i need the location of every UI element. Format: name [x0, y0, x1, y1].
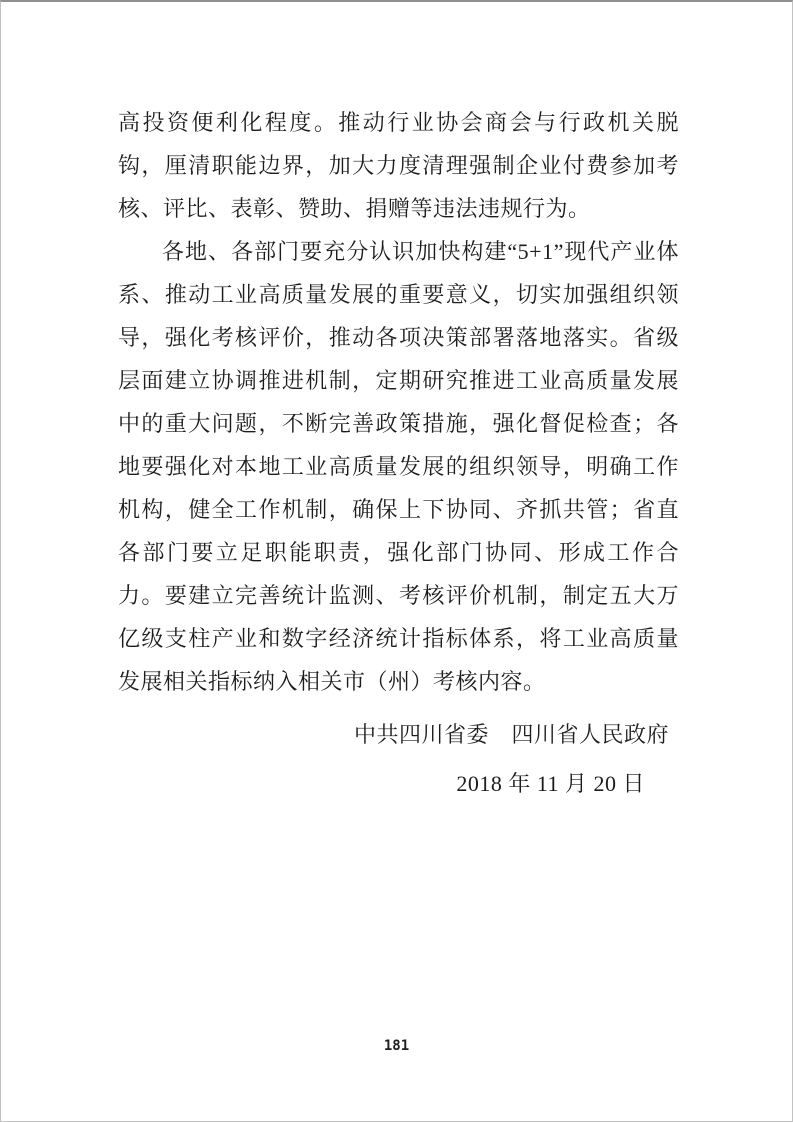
signature-block: 中共四川省委 四川省人民政府 2018 年 11 月 20 日 — [118, 710, 679, 808]
page-number: 181 — [1, 1038, 792, 1054]
body-paragraph: 高投资便利化程度。推动行业协会商会与行政机关脱钩，厘清职能边界，加大力度清理强制… — [118, 101, 679, 230]
document-page: 高投资便利化程度。推动行业协会商会与行政机关脱钩，厘清职能边界，加大力度清理强制… — [0, 0, 793, 1122]
signature-line: 中共四川省委 四川省人民政府 — [118, 710, 679, 759]
date-line: 2018 年 11 月 20 日 — [118, 759, 679, 808]
document-body: 高投资便利化程度。推动行业协会商会与行政机关脱钩，厘清职能边界，加大力度清理强制… — [118, 101, 679, 808]
body-paragraph: 各地、各部门要充分认识加快构建“5+1”现代产业体系、推动工业高质量发展的重要意… — [118, 230, 679, 703]
